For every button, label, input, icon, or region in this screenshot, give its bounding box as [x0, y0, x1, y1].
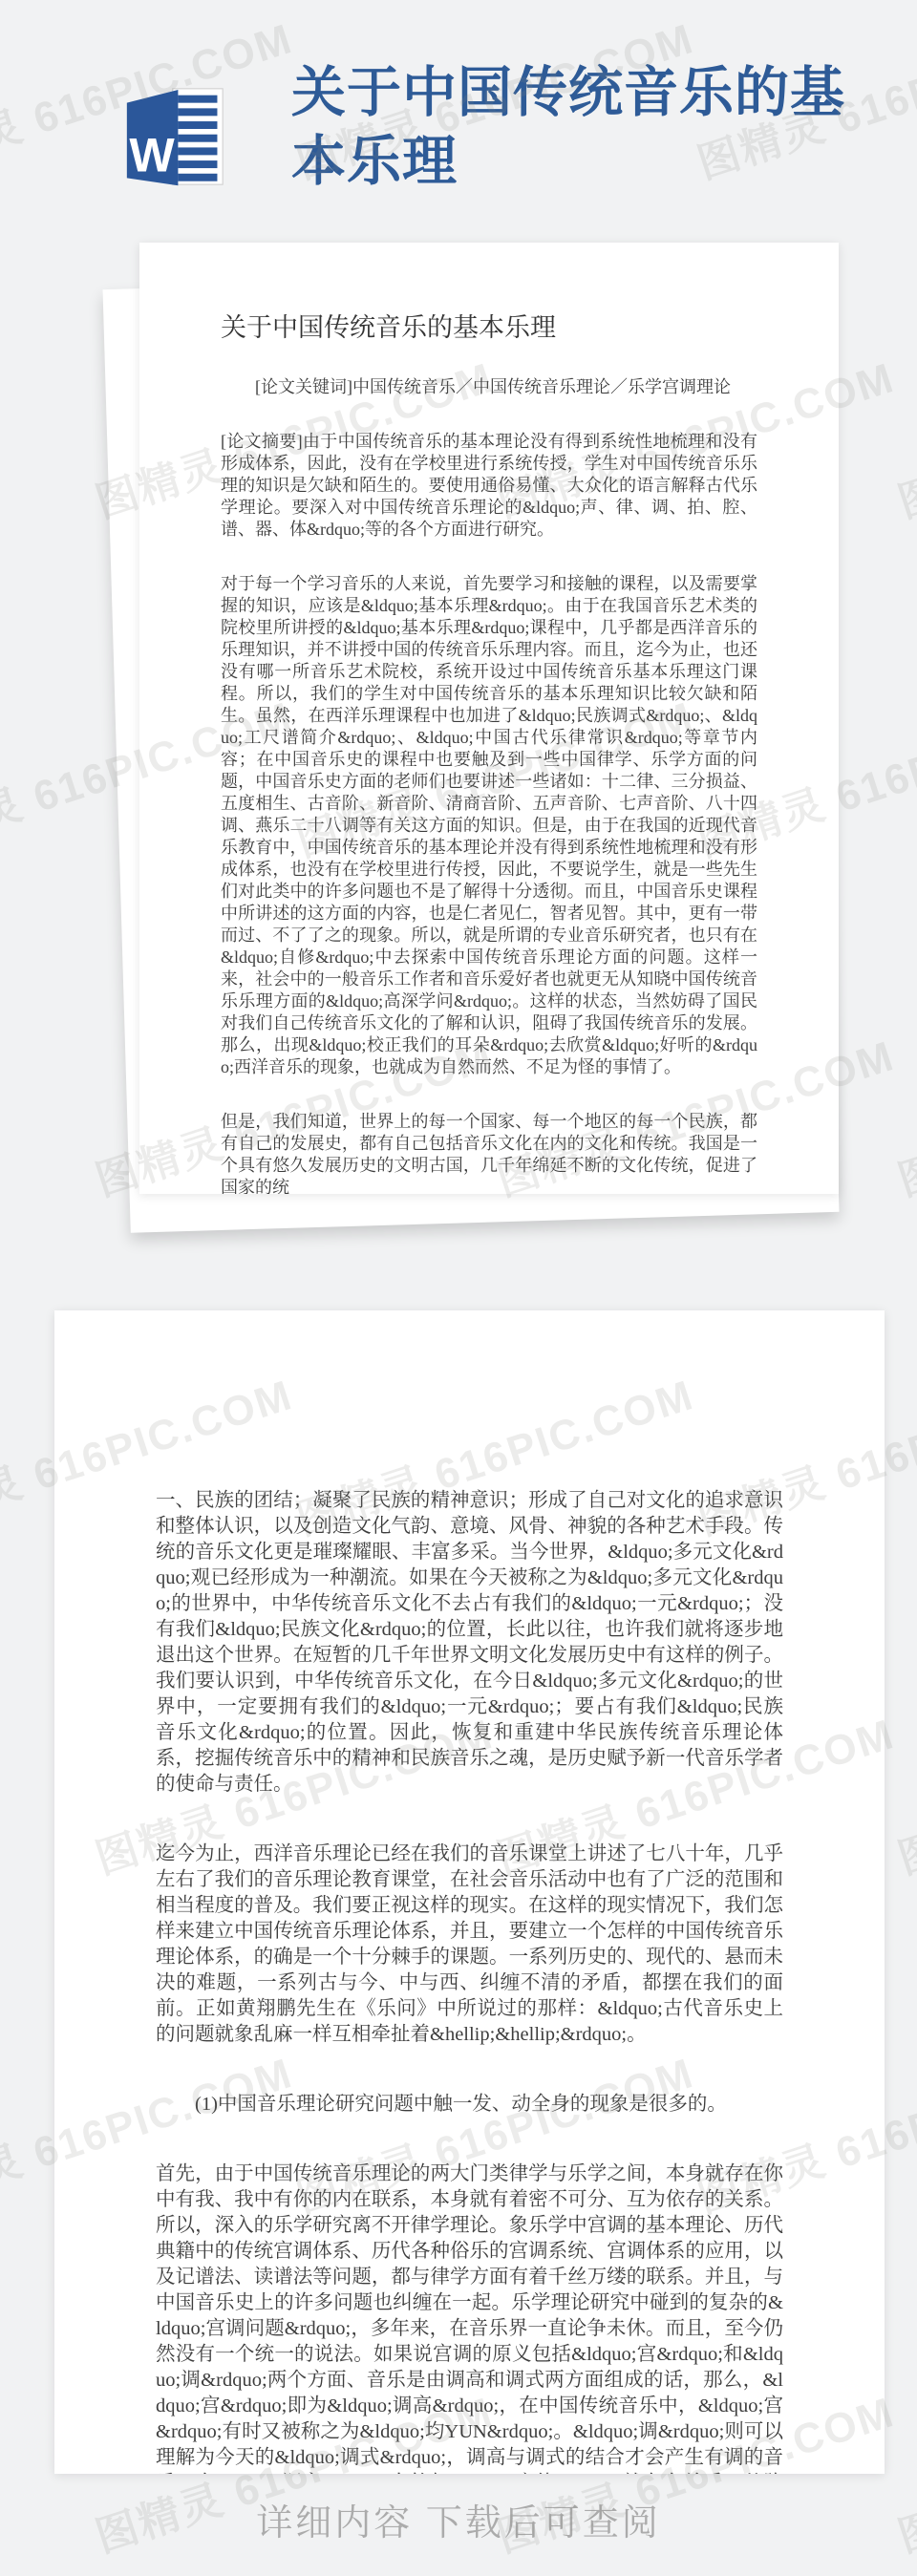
watermark-text: 图精灵 616PIC.COM	[889, 1700, 917, 1886]
document-page-2: 一、民族的团结；凝聚了民族的精神意识；形成了自己对文化的追求意识和整体认识，以及…	[54, 1310, 885, 2474]
doc-keywords: [论文关键词]中国传统音乐／中国传统音乐理论／乐学宫调理论	[221, 376, 757, 398]
doc-paragraph: 但是，我们知道，世界上的每一个国家、每一个地区的每一个民族，都有自己的发展史，都…	[221, 1111, 757, 1194]
word-letter: W	[129, 128, 175, 181]
document-preview-page: { "header": { "title": "关于中国传统音乐的基本乐理", …	[0, 0, 917, 2576]
document-page-1: 关于中国传统音乐的基本乐理 [论文关键词]中国传统音乐／中国传统音乐理论／乐学宫…	[139, 243, 839, 1194]
header: W 关于中国传统音乐的基本乐理	[0, 0, 917, 229]
page-title: 关于中国传统音乐的基本乐理	[291, 59, 857, 197]
doc-abstract: [论文摘要]由于中国传统音乐的基本理论没有得到系统性地梳理和没有形成体系，因此，…	[221, 431, 757, 541]
footer-note: 详细内容 下载后可查阅	[0, 2493, 917, 2545]
doc-title: 关于中国传统音乐的基本乐理	[221, 311, 757, 344]
watermark-text: 图精灵 616PIC.COM	[889, 1022, 917, 1208]
doc-paragraph: 对于每一个学习音乐的人来说，首先要学习和接触的课程，以及需要掌握的知识，应该是&…	[221, 573, 757, 1078]
watermark-text: 图精灵 616PIC.COM	[889, 344, 917, 530]
doc-paragraph: 一、民族的团结；凝聚了民族的精神意识；形成了自己对文化的追求意识和整体认识，以及…	[156, 1488, 783, 1798]
word-file-icon: W	[120, 80, 229, 193]
doc-paragraph: 迄今为止，西洋音乐理论已经在我们的音乐课堂上讲述了七八十年，几乎左右了我们的音乐…	[156, 1842, 783, 2048]
doc-paragraph: 首先，由于中国传统音乐理论的两大门类律学与乐学之间，本身就存在你中有我、我中有你…	[156, 2161, 783, 2474]
doc-paragraph: (1)中国音乐理论研究问题中触一发、动全身的现象是很多的。	[156, 2092, 783, 2118]
